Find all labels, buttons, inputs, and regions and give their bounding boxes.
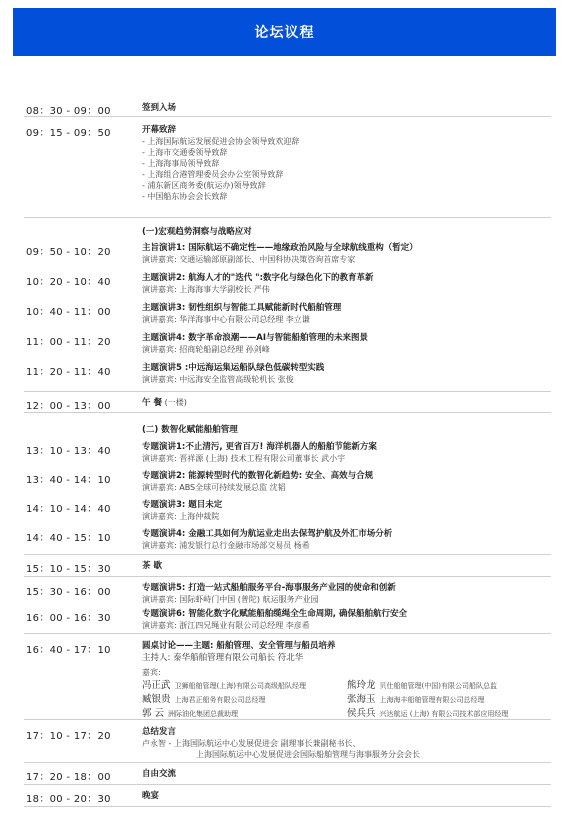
time-slot: 12：00 - 13：00 xyxy=(26,397,111,412)
agenda-row-networking: 17：20 - 18：00 自由交流 xyxy=(24,763,551,785)
guest-entry: 熊玲龙贝仕船舶管理(中国)有限公司船队总监 xyxy=(347,680,567,692)
guest-name: 张海玉 xyxy=(347,694,376,705)
item-title: 午 餐 xyxy=(142,398,162,408)
agenda-row-closing: 17：10 - 17：20 总结发言 卢永智 - 上海国际航运中心发展促进会 副… xyxy=(24,720,551,763)
guest-entry: 臧银贵上海君正船务有限公司总经理 xyxy=(142,694,347,706)
time-slot: 15：10 - 15：30 xyxy=(26,560,111,575)
time-slot: 10：20 - 10：40 xyxy=(26,273,111,288)
talk-title: 主旨演讲1: 国际航运不确定性——地缘政治风险与全球航线重构（暂定） xyxy=(142,242,551,254)
item-title: 签到入场 xyxy=(142,103,176,113)
talk-title: 专题演讲3: 题目未定 xyxy=(142,499,551,511)
time-slot: 13：10 - 13：40 xyxy=(26,442,111,457)
time-slot: 17：10 - 17：20 xyxy=(26,727,111,742)
talk-title: 主题演讲4: 数字革命浪潮——AI与智能船舶管理的未来图景 xyxy=(142,332,551,344)
closing-title: 总结发言 xyxy=(142,726,551,738)
time-slot: 16：40 - 17：10 xyxy=(26,641,111,656)
guest-name: 侯兵兵 xyxy=(347,708,376,719)
talk-item: 14：10 - 14：40 专题演讲3: 题目未定 演讲嘉宾: 上海仲裁院 xyxy=(24,499,551,528)
guests-label: 嘉宾: xyxy=(142,667,551,678)
time-slot: 11：20 - 11：40 xyxy=(26,363,111,378)
talk-item: 11：00 - 11：20 主题演讲4: 数字革命浪潮——AI与智能船舶管理的未… xyxy=(24,332,551,362)
agenda-row-roundtable: 16：40 - 17：10 圆桌讨论——主题: 船舶管理、安全管理与船员培养 主… xyxy=(24,634,551,720)
talk-speaker: 演讲嘉宾: 交通运输部原副部长、中国科协决策咨询首席专家 xyxy=(142,254,551,265)
item-title: 茶 歇 xyxy=(142,561,162,571)
talk-item: 14：40 - 15：10 专题演讲4: 金融工具如何为航运业走出去保驾护航及外… xyxy=(24,528,551,554)
talk-item: 13：10 - 13：40 专题演讲1:不止清污, 更省百万! 海洋机器人的船舶… xyxy=(24,441,551,470)
time-slot: 09：50 - 10：20 xyxy=(26,243,111,258)
talk-speaker: 演讲嘉宾: 国际虾峙门中国 (普陀) 航运服务产业园 xyxy=(142,594,551,605)
agenda-section-2: (二) 数智化赋能船舶管理 13：10 - 13：40 专题演讲1:不止清污, … xyxy=(24,413,551,555)
closing-speaker-line: 卢永智 - 上海国际航运中心发展促进会 副理事长兼副秘书长、 xyxy=(142,738,551,749)
page-header: 论坛议程 xyxy=(13,8,556,56)
talk-item: 11：20 - 11：40 主题演讲5 :中远海运集运船队绿色低碳转型实践 演讲… xyxy=(24,362,551,390)
talk-title: 专题演讲4: 金融工具如何为航运业走出去保驾护航及外汇市场分析 xyxy=(142,528,551,540)
guest-org: 贝仕船舶管理(中国)有限公司船队总监 xyxy=(380,682,497,690)
talk-title: 主题演讲2: 航海人才的"迭代 ":数字化与绿色化下的教育革新 xyxy=(142,272,551,284)
talk-speaker: 演讲嘉宾: 浙江四兄绳业有限公司总经理 李彦希 xyxy=(142,620,551,631)
guest-org: 洲际油化集团总裁助理 xyxy=(168,710,238,718)
talk-title: 专题演讲6: 智能化数字化赋能船舶缆绳全生命周期, 确保船舶航行安全 xyxy=(142,608,551,620)
talk-speaker: 演讲嘉宾: 上海海事大学副校长 严伟 xyxy=(142,284,551,295)
section-heading: (二) 数智化赋能船舶管理 xyxy=(142,424,551,436)
guest-name: 臧银贵 xyxy=(142,694,171,705)
talk-speaker: 演讲嘉宾: 上海仲裁院 xyxy=(142,511,551,522)
time-slot: 14：40 - 15：10 xyxy=(26,529,111,544)
talk-speaker: 演讲嘉宾: ABS全球可持续发展总监 沈韬 xyxy=(142,482,551,493)
talk-speaker: 演讲嘉宾: 中远海安全监管高级轮机长 张俊 xyxy=(142,374,551,385)
guest-name: 郭 云 xyxy=(142,708,164,719)
talk-title: 专题演讲1:不止清污, 更省百万! 海洋机器人的船舶节能新方案 xyxy=(142,441,551,453)
guest-org: 上海君正船务有限公司总经理 xyxy=(175,696,266,704)
guest-entry: 郭 云洲际油化集团总裁助理 xyxy=(142,708,347,720)
guest-name: 冯正武 xyxy=(142,680,171,691)
talk-item: 10：20 - 10：40 主题演讲2: 航海人才的"迭代 ":数字化与绿色化下… xyxy=(24,272,551,302)
guest-entry: 冯正武卫狮船舶管理(上海)有限公司高级船队经理 xyxy=(142,680,347,692)
time-slot: 09：15 - 09：50 xyxy=(26,124,111,139)
time-slot: 18：00 - 20：30 xyxy=(26,790,111,805)
agenda-row-checkin: 08：30 - 09：00 签到入场 xyxy=(24,96,551,117)
talk-title: 专题演讲2: 能源转型时代的数智化新趋势: 安全、高效与合规 xyxy=(142,470,551,482)
opening-line: - 上海组合港管理委员会办公室领导致辞 xyxy=(142,169,551,180)
time-slot: 08：30 - 09：00 xyxy=(26,102,111,117)
item-title: 开幕致辞 xyxy=(142,124,551,136)
agenda-row-dinner: 18：00 - 20：30 晚宴 xyxy=(24,785,551,807)
opening-line: - 上海市交通委领导致辞 xyxy=(142,147,551,158)
page-title: 论坛议程 xyxy=(255,22,315,42)
talk-item: 15：30 - 16：00 专题演讲5: 打造一站式船舶服务平台-海事服务产业园… xyxy=(24,582,551,608)
talk-speaker: 演讲嘉宾: 晋祥源 (上海) 技术工程有限公司董事长 武小宇 xyxy=(142,453,551,464)
time-slot: 17：20 - 18：00 xyxy=(26,768,111,783)
talk-item: 10：40 - 11：00 主题演讲3: 韧性组织与智能工具赋能新时代船舶管理 … xyxy=(24,302,551,332)
talk-item: 13：40 - 14：10 专题演讲2: 能源转型时代的数智化新趋势: 安全、高… xyxy=(24,470,551,499)
agenda-row-lunch: 12：00 - 13：00 午 餐 (一楼) xyxy=(24,392,551,413)
agenda-section-3: 15：30 - 16：00 专题演讲5: 打造一站式船舶服务平台-海事服务产业园… xyxy=(24,577,551,634)
agenda-section-1: (一)宏观趋势洞察与战略应对 09：50 - 10：20 主旨演讲1: 国际航运… xyxy=(24,218,551,392)
talk-speaker: 演讲嘉宾: 招商轮船副总经理 孙剑峰 xyxy=(142,344,551,355)
guest-entry: 侯兵兵兴达航运 (上海) 有限公司技术部应用经理 xyxy=(347,708,567,720)
agenda-row-opening: 09：15 - 09：50 开幕致辞 - 上海国际航运发展促进会协会领导致欢迎辞… xyxy=(24,117,551,218)
talk-title: 专题演讲5: 打造一站式船舶服务平台-海事服务产业园的使命和创新 xyxy=(142,582,551,594)
talk-speaker: 演讲嘉宾: 华洋海事中心有限公司总经理 李立谦 xyxy=(142,314,551,325)
talk-title: 主题演讲3: 韧性组织与智能工具赋能新时代船舶管理 xyxy=(142,302,551,314)
opening-line: - 中国船东协会会长致辞 xyxy=(142,191,551,202)
item-title: 晚宴 xyxy=(142,791,159,801)
talk-item: 16：00 - 16：30 专题演讲6: 智能化数字化赋能船舶缆绳全生命周期, … xyxy=(24,608,551,632)
item-title: 自由交流 xyxy=(142,769,176,779)
guest-org: 上海海丰船舶管理有限公司总经理 xyxy=(380,696,485,704)
agenda-row-tea-break: 15：10 - 15：30 茶 歇 xyxy=(24,555,551,577)
guest-entry: 张海玉上海海丰船舶管理有限公司总经理 xyxy=(347,694,567,706)
closing-speaker-line: 上海国际航运中心发展促进会国际船舶管理与海事服务分会会长 xyxy=(142,749,551,760)
agenda-table: 08：30 - 09：00 签到入场 09：15 - 09：50 开幕致辞 - … xyxy=(24,96,551,807)
time-slot: 16：00 - 16：30 xyxy=(26,609,111,624)
time-slot: 15：30 - 16：00 xyxy=(26,583,111,598)
guest-list: 冯正武卫狮船舶管理(上海)有限公司高级船队经理 熊玲龙贝仕船舶管理(中国)有限公… xyxy=(142,680,551,720)
section-heading: (一)宏观趋势洞察与战略应对 xyxy=(142,226,551,238)
item-note: (一楼) xyxy=(165,398,187,407)
time-slot: 13：40 - 14：10 xyxy=(26,471,111,486)
talk-title: 主题演讲5 :中远海运集运船队绿色低碳转型实践 xyxy=(142,362,551,374)
talk-speaker: 演讲嘉宾: 浦发银行总行金融市场部交易员 杨希 xyxy=(142,540,551,551)
roundtable-host: 主持人: 泰华船舶管理有限公司船长 符北华 xyxy=(142,652,551,665)
opening-line: - 上海国际航运发展促进会协会领导致欢迎辞 xyxy=(142,136,551,147)
guest-org: 兴达航运 (上海) 有限公司技术部应用经理 xyxy=(380,710,509,718)
time-slot: 14：10 - 14：40 xyxy=(26,500,111,515)
opening-line: - 浦东新区商务委(航运办)领导致辞 xyxy=(142,180,551,191)
guest-name: 熊玲龙 xyxy=(347,680,376,691)
talk-item: 09：50 - 10：20 主旨演讲1: 国际航运不确定性——地缘政治风险与全球… xyxy=(24,242,551,272)
guest-org: 卫狮船舶管理(上海)有限公司高级船队经理 xyxy=(175,682,306,690)
time-slot: 10：40 - 11：00 xyxy=(26,303,111,318)
time-slot: 11：00 - 11：20 xyxy=(26,333,111,348)
roundtable-title: 圆桌讨论——主题: 船舶管理、安全管理与船员培养 xyxy=(142,640,551,652)
opening-line: - 上海海事局领导致辞 xyxy=(142,158,551,169)
